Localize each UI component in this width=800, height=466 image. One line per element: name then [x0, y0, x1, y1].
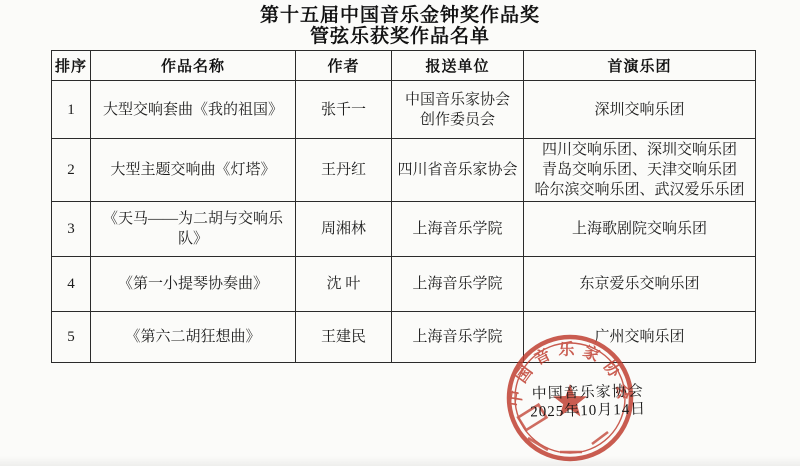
scan-shadow — [0, 456, 800, 466]
cell-rank: 1 — [52, 81, 91, 139]
header-orchestra: 首演乐团 — [524, 51, 756, 81]
title-line-1: 第十五届中国音乐金钟奖作品奖 — [0, 5, 800, 26]
title-line-2: 管弦乐获奖作品名单 — [0, 26, 800, 47]
cell-rank: 2 — [52, 139, 91, 202]
signature-date: 2025年10月14日 — [503, 400, 673, 422]
header-submitter: 报送单位 — [392, 51, 524, 81]
cell-orchestra: 四川交响乐团、深圳交响乐团 青岛交响乐团、天津交响乐团 哈尔滨交响乐团、武汉爱乐… — [524, 139, 756, 202]
cell-submitter: 上海音乐学院 — [392, 202, 524, 257]
header-work: 作品名称 — [91, 51, 296, 81]
cell-author: 张千一 — [296, 81, 392, 139]
seal-stroke-mark — [592, 432, 608, 444]
cell-author: 沈 叶 — [296, 257, 392, 312]
table-row: 3 《天马——为二胡与交响乐队》 周湘林 上海音乐学院 上海歌剧院交响乐团 — [52, 202, 756, 257]
signature-block: 中国音乐家协会 2025年10月14日 — [503, 382, 674, 422]
table-header-row: 排序 作品名称 作者 报送单位 首演乐团 — [52, 51, 756, 81]
cell-orchestra: 深圳交响乐团 — [524, 81, 756, 139]
cell-author: 周湘林 — [296, 202, 392, 257]
cell-work: 《第六二胡狂想曲》 — [91, 312, 296, 363]
cell-submitter: 上海音乐学院 — [392, 312, 524, 363]
cell-submitter: 中国音乐家协会 创作委员会 — [392, 81, 524, 139]
cell-rank: 3 — [52, 202, 91, 257]
cell-work: 《天马——为二胡与交响乐队》 — [91, 202, 296, 257]
seal-stroke-mark — [528, 438, 548, 450]
cell-orchestra: 广州交响乐团 — [524, 312, 756, 363]
cell-orchestra: 东京爱乐交响乐团 — [524, 257, 756, 312]
cell-work: 大型交响套曲《我的祖国》 — [91, 81, 296, 139]
cell-orchestra: 上海歌剧院交响乐团 — [524, 202, 756, 257]
table-row: 4 《第一小提琴协奏曲》 沈 叶 上海音乐学院 东京爱乐交响乐团 — [52, 257, 756, 312]
cell-rank: 4 — [52, 257, 91, 312]
cell-work: 《第一小提琴协奏曲》 — [91, 257, 296, 312]
cell-author: 王建民 — [296, 312, 392, 363]
table-row: 1 大型交响套曲《我的祖国》 张千一 中国音乐家协会 创作委员会 深圳交响乐团 — [52, 81, 756, 139]
cell-rank: 5 — [52, 312, 91, 363]
cell-author: 王丹红 — [296, 139, 392, 202]
cell-submitter: 四川省音乐家协会 — [392, 139, 524, 202]
document-title: 第十五届中国音乐金钟奖作品奖 管弦乐获奖作品名单 — [0, 5, 800, 47]
table-row: 2 大型主题交响曲《灯塔》 王丹红 四川省音乐家协会 四川交响乐团、深圳交响乐团… — [52, 139, 756, 202]
cell-work: 大型主题交响曲《灯塔》 — [91, 139, 296, 202]
table-row: 5 《第六二胡狂想曲》 王建民 上海音乐学院 广州交响乐团 — [52, 312, 756, 363]
header-rank: 排序 — [52, 51, 91, 81]
header-author: 作者 — [296, 51, 392, 81]
cell-submitter: 上海音乐学院 — [392, 257, 524, 312]
document-page: 第十五届中国音乐金钟奖作品奖 管弦乐获奖作品名单 排序 作品名称 作者 报送单位… — [0, 0, 800, 466]
awards-table: 排序 作品名称 作者 报送单位 首演乐团 1 大型交响套曲《我的祖国》 张千一 … — [51, 50, 756, 363]
